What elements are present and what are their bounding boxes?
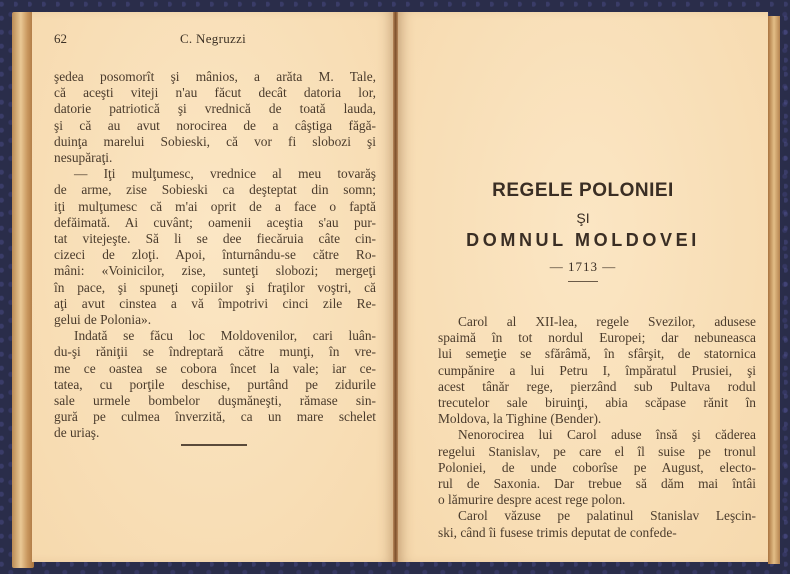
text-line: Carol al XII-lea, regele Svezilor, aduse…	[438, 314, 756, 330]
text-line: Poloniei, de unde coborîse pe August, el…	[438, 460, 756, 476]
text-line: acest tânăr rege, pierzând sub Pultava r…	[438, 379, 756, 395]
text-line: că aceşti viteji n'au făcut decât datori…	[54, 85, 376, 101]
chapter-title-line-1: REGELE POLONIEI	[398, 180, 768, 202]
text-line: şi că au avut norocirea de a câştiga făg…	[54, 118, 376, 134]
text-line: sale urmele bombelor duşmăneşti, rămase …	[54, 393, 376, 409]
chapter-title-line-2: DOMNUL MOLDOVEI	[398, 230, 768, 251]
text-line: gură pe culmea înverzită, ca un mare sch…	[54, 409, 376, 425]
paragraph: Carol văzuse pe palatinul Stanislav Leşc…	[438, 508, 756, 540]
text-line: trecutelor sale biruinţi, abia scăpase r…	[438, 395, 756, 411]
text-line: gelui de Polonia».	[54, 312, 376, 328]
chapter-year: — 1713 —	[398, 259, 768, 275]
text-line: rul de Saxonia. Dar trebue să dăm mai în…	[438, 476, 756, 492]
text-line: de uriaş.	[54, 425, 376, 441]
text-line: tat vitejeşte. Să li se dee fiecăruia câ…	[54, 231, 376, 247]
text-line: datorie patriotică şi vrednică de toată …	[54, 101, 376, 117]
text-line: cumpănire a lui Petru I, împăratul Prusi…	[438, 363, 756, 379]
text-line: me ce oastea se cobora încet la vale; ia…	[54, 361, 376, 377]
text-line: Indată se făcu loc Moldovenilor, cari lu…	[54, 328, 376, 344]
text-line: nesupăraţi.	[54, 150, 376, 166]
text-line: o lămurire despre acest rege polon.	[438, 492, 756, 508]
text-line: Moldova, la Tighine (Bender).	[438, 411, 756, 427]
text-line: lui semeţie se sfărâmă, în sfârşit, de s…	[438, 346, 756, 362]
section-end-rule	[181, 444, 247, 446]
left-page: 62 C. Negruzzi şedea posomorît şi mânios…	[32, 12, 394, 562]
text-line: şedea posomorît şi mânios, a arăta M. Ta…	[54, 69, 376, 85]
text-line: tatea, cu porţile deschise, purtând pe z…	[54, 377, 376, 393]
text-line: defăimată. Ai cuvânt; oamenii aceştia s'…	[54, 215, 376, 231]
chapter-title-block: REGELE POLONIEI ŞI DOMNUL MOLDOVEI — 171…	[398, 180, 768, 282]
left-page-body: şedea posomorît şi mânios, a arăta M. Ta…	[54, 69, 376, 442]
page-block-edge-left	[12, 12, 34, 568]
text-line: spaimă în tot nordul Europei; dar nebune…	[438, 330, 756, 346]
paragraph: Nenorocirea lui Carol aduse însă şi căde…	[438, 427, 756, 508]
paragraph: Carol al XII-lea, regele Svezilor, aduse…	[438, 314, 756, 427]
text-line: du-şi răniţii se îndreptară către munţi,…	[54, 344, 376, 360]
text-line: mâni: «Voinicilor, zise, sunteţi slobozi…	[54, 263, 376, 279]
paragraph: — Iţi mulţumesc, vrednice al meu tovarăş…	[54, 166, 376, 328]
text-line: cizeci de zloţi. Apoi, înturnându-se căt…	[54, 247, 376, 263]
text-line: ski, când îi fusese trimis deputat de co…	[438, 525, 756, 541]
text-line: în pace, şi spuneţi copiilor şi fraţilor…	[54, 280, 376, 296]
title-ornament-rule	[568, 281, 598, 282]
text-line: Nenorocirea lui Carol aduse însă şi căde…	[438, 427, 756, 443]
paragraph: Indată se făcu loc Moldovenilor, cari lu…	[54, 328, 376, 441]
chapter-title-conjunction: ŞI	[398, 210, 768, 226]
text-line: — Iţi mulţumesc, vrednice al meu tovarăş	[54, 166, 376, 182]
right-page: REGELE POLONIEI ŞI DOMNUL MOLDOVEI — 171…	[398, 12, 768, 562]
text-line: duinţa marelui Sobieski, că vor fi slobo…	[54, 134, 376, 150]
author-header: C. Negruzzi	[32, 31, 394, 47]
text-line: de arme, zise Sobieski ca deşteptat din …	[54, 182, 376, 198]
paragraph: şedea posomorît şi mânios, a arăta M. Ta…	[54, 69, 376, 166]
text-line: aţi avut cinstea a vă împotrivi cinci zi…	[54, 296, 376, 312]
text-line: Carol văzuse pe palatinul Stanislav Leşc…	[438, 508, 756, 524]
text-line: iţi mulţumesc că m'ai oprit de a face o …	[54, 199, 376, 215]
right-page-body: Carol al XII-lea, regele Svezilor, aduse…	[438, 314, 756, 541]
open-book: 62 C. Negruzzi şedea posomorît şi mânios…	[10, 8, 782, 568]
page-block-edge-right	[768, 16, 780, 564]
text-line: regelui Stanislav, pe care el îl suise p…	[438, 444, 756, 460]
